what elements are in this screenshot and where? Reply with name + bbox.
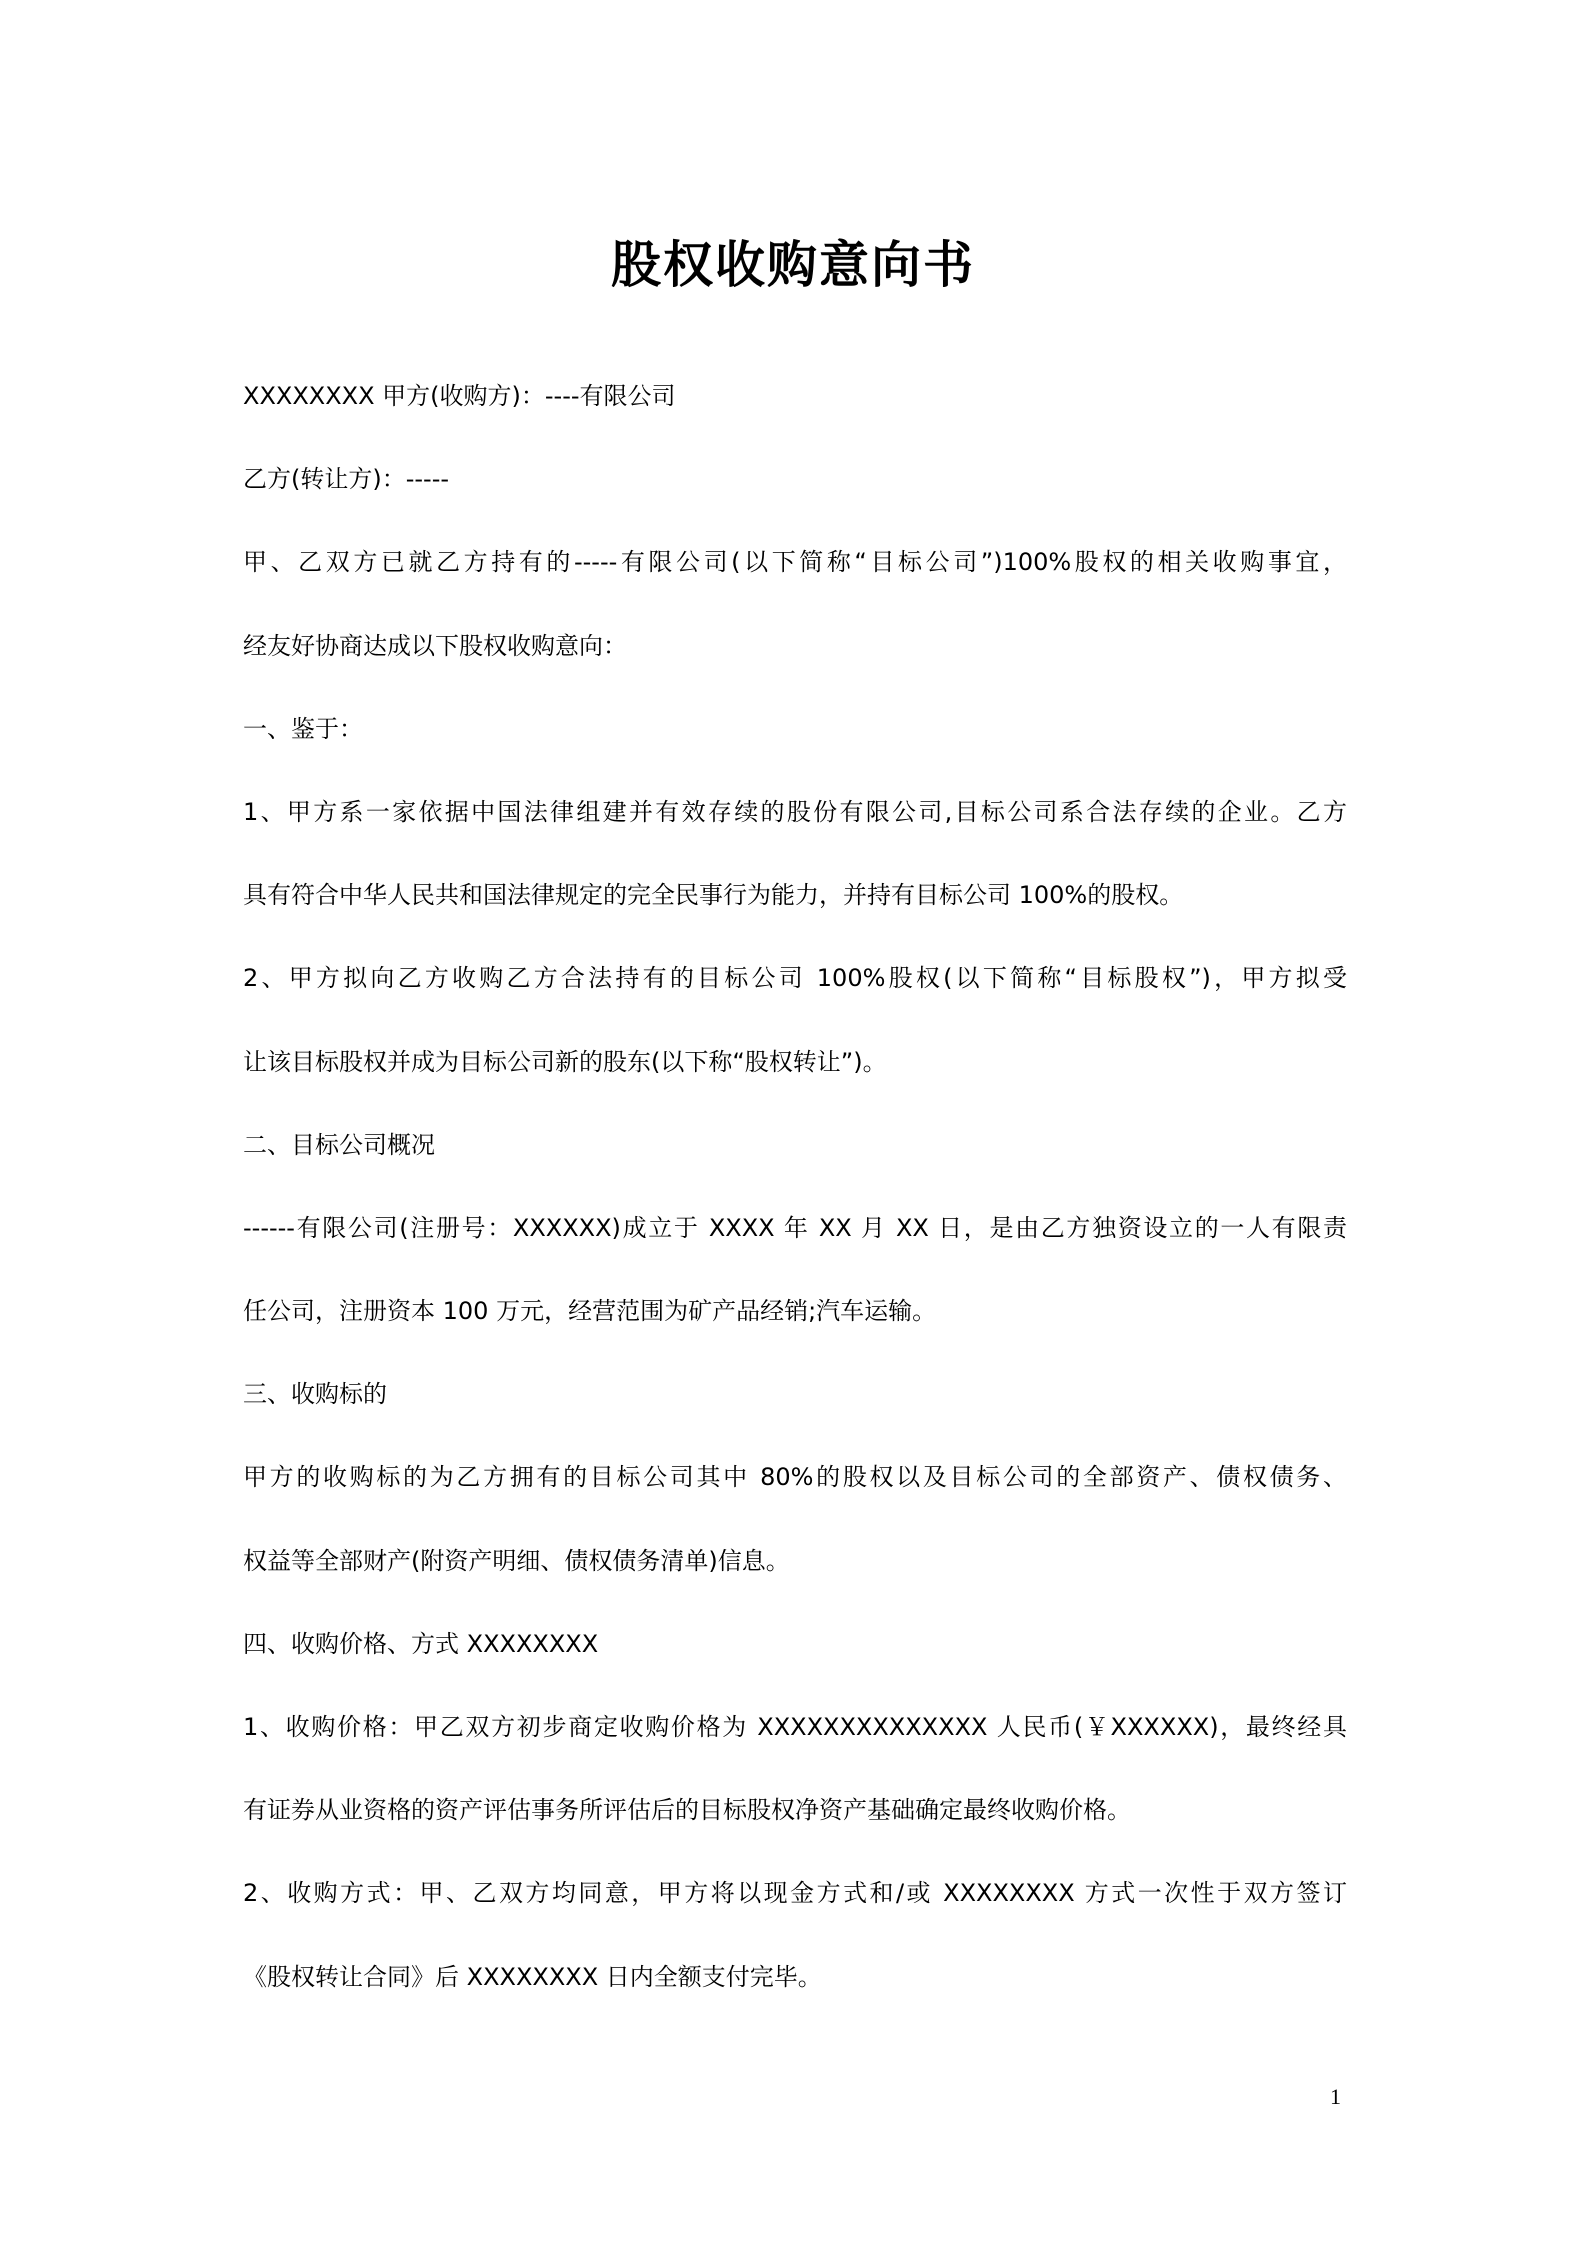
section-heading-2: 二、目标公司概况 [243, 1127, 1347, 1210]
document-body: XXXXXXXX 甲方(收购方)：----有限公司 乙方(转让方)：----- … [243, 378, 1347, 2042]
clause-1-2-line: 2、甲方拟向乙方收购乙方合法持有的目标公司 100%股权(以下简称“目标股权”)… [243, 960, 1347, 1043]
clause-1-2-line: 让该目标股权并成为目标公司新的股东(以下称“股权转让”)。 [243, 1044, 1347, 1127]
company-overview-line: 任公司，注册资本 100 万元，经营范围为矿产品经销;汽车运输。 [243, 1293, 1347, 1376]
company-overview-line: ------有限公司(注册号：XXXXXX)成立于 XXXX 年 XX 月 XX… [243, 1210, 1347, 1293]
clause-1-1-line: 1、甲方系一家依据中国法律组建并有效存续的股份有限公司,目标公司系合法存续的企业… [243, 794, 1347, 877]
acquisition-target-line: 甲方的收购标的为乙方拥有的目标公司其中 80%的股权以及目标公司的全部资产、债权… [243, 1459, 1347, 1542]
clause-4-1-line: 有证券从业资格的资产评估事务所评估后的目标股权净资产基础确定最终收购价格。 [243, 1792, 1347, 1875]
party-b-line: 乙方(转让方)：----- [243, 461, 1347, 544]
clause-4-2-line: 2、收购方式：甲、乙双方均同意，甲方将以现金方式和/或 XXXXXXXX 方式一… [243, 1875, 1347, 1958]
page-number: 1 [1330, 2082, 1341, 2112]
clause-1-1-line: 具有符合中华人民共和国法律规定的完全民事行为能力，并持有目标公司 100%的股权… [243, 877, 1347, 960]
section-heading-1: 一、鉴于： [243, 711, 1347, 794]
document-title: 股权收购意向书 [0, 232, 1586, 298]
acquisition-target-line: 权益等全部财产(附资产明细、债权债务清单)信息。 [243, 1543, 1347, 1626]
clause-4-1-line: 1、收购价格：甲乙双方初步商定收购价格为 XXXXXXXXXXXXXX 人民币(… [243, 1709, 1347, 1792]
section-heading-4: 四、收购价格、方式 XXXXXXXX [243, 1626, 1347, 1709]
section-heading-3: 三、收购标的 [243, 1376, 1347, 1459]
clause-4-2-line: 《股权转让合同》后 XXXXXXXX 日内全额支付完毕。 [243, 1959, 1347, 2042]
document-page: 股权收购意向书 XXXXXXXX 甲方(收购方)：----有限公司 乙方(转让方… [0, 0, 1586, 2244]
intro-paragraph-line: 经友好协商达成以下股权收购意向： [243, 628, 1347, 711]
party-a-line: XXXXXXXX 甲方(收购方)：----有限公司 [243, 378, 1347, 461]
intro-paragraph-line: 甲、乙双方已就乙方持有的-----有限公司(以下简称“目标公司”)100%股权的… [243, 544, 1347, 627]
